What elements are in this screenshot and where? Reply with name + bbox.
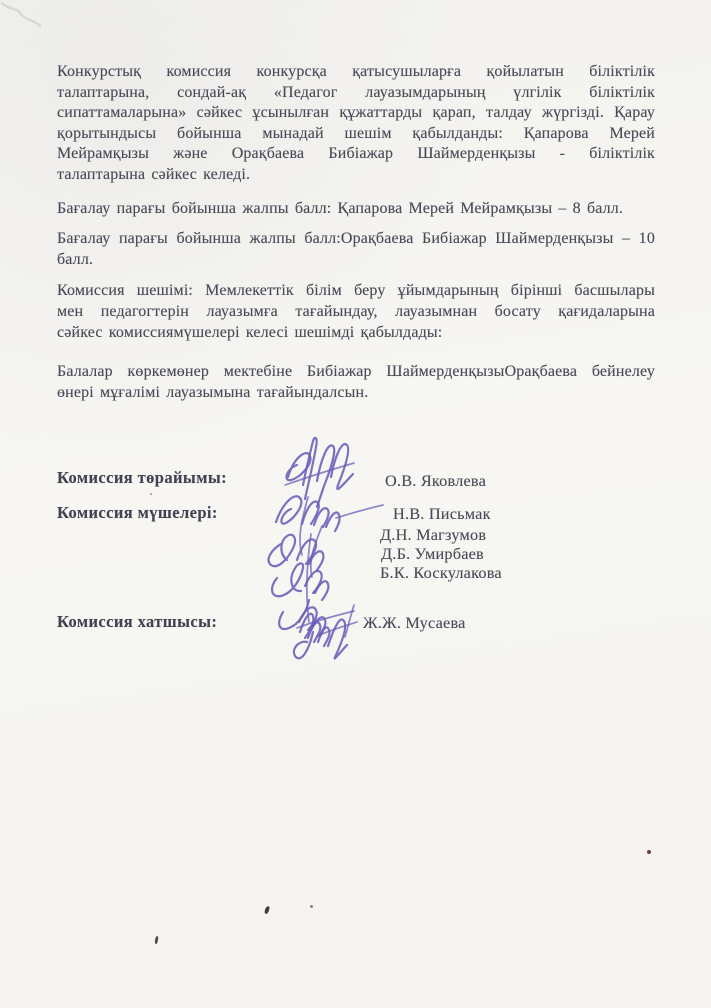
text-line: сәйкес комиссиямүшелері келесі шешімді қ… [57, 323, 655, 344]
text-line: сипаттамаларына» сәйкес ұсынылған құжатт… [57, 103, 655, 124]
paragraph-score-kaparova: Бағалау парағы бойынша жалпы балл: Қапар… [57, 199, 655, 220]
secretary-label: Комиссия хатшысы: [57, 612, 217, 632]
signature-member-ink-1 [276, 496, 383, 577]
document-body: Конкурстық комиссия конкурсқа қатысушыла… [57, 62, 655, 403]
scanned-document-page: Конкурстық комиссия конкурсқа қатысушыла… [0, 0, 711, 1008]
member-name-2: Д.Н. Магзумов [380, 525, 486, 545]
text-line: Бағалау парағы бойынша жалпы балл: Қапар… [57, 199, 655, 220]
paragraph-commission-decision: Комиссия шешімі: Мемлекеттік білім беру … [57, 281, 655, 343]
text-line: Мейрамқызы және Орақбаева Бибіажар Шайме… [57, 144, 655, 165]
paragraph-score-orakbaeva: Бағалау парағы бойынша жалпы балл:Орақба… [57, 229, 655, 270]
text-line: Комиссия шешімі: Мемлекеттік білім беру … [57, 281, 655, 302]
scan-artifact-corner [0, 0, 46, 32]
text-line: Бағалау парағы бойынша жалпы балл:Орақба… [57, 229, 655, 250]
text-line: Балалар көркемөнер мектебіне Бибіажар Ша… [57, 362, 655, 383]
scan-artifact-speck [150, 493, 152, 495]
paragraph-commission-review: Конкурстық комиссия конкурсқа қатысушыла… [57, 62, 655, 186]
text-line: талаптарына сәйкес келеді. [57, 165, 655, 186]
text-line: Конкурстық комиссия конкурсқа қатысушыла… [57, 62, 655, 83]
text-line: қорытындысы бойынша мынадай шешім қабылд… [57, 124, 655, 145]
signature-member-ink-2 [269, 535, 324, 570]
member-name-3: Д.Б. Умирбаев [381, 544, 484, 564]
members-label: Комиссия мүшелері: [57, 503, 218, 523]
chairman-name: О.В. Яковлева [385, 471, 486, 491]
scan-artifact-speck [310, 905, 313, 908]
member-name-1: Н.В. Письмак [393, 504, 491, 524]
text-line: талаптарына, сондай-ақ «Педагог лауазымд… [57, 83, 655, 104]
member-name-4: Б.К. Коскулакова [380, 563, 502, 583]
scan-artifact-speck [154, 936, 159, 944]
text-line: өнері мұғалімі лауазымына тағайындалсын. [57, 383, 655, 404]
paragraph-appointment: Балалар көркемөнер мектебіне Бибіажар Ша… [57, 362, 655, 403]
chairman-label: Комиссия төрайымы: [57, 468, 227, 488]
signatures-ink [250, 425, 395, 675]
scan-artifact-speck [264, 906, 270, 915]
text-line: балл. [57, 250, 655, 271]
scan-artifact-speck [647, 850, 651, 854]
text-line: мен педагогтерін лауазымға тағайындау, л… [57, 302, 655, 323]
